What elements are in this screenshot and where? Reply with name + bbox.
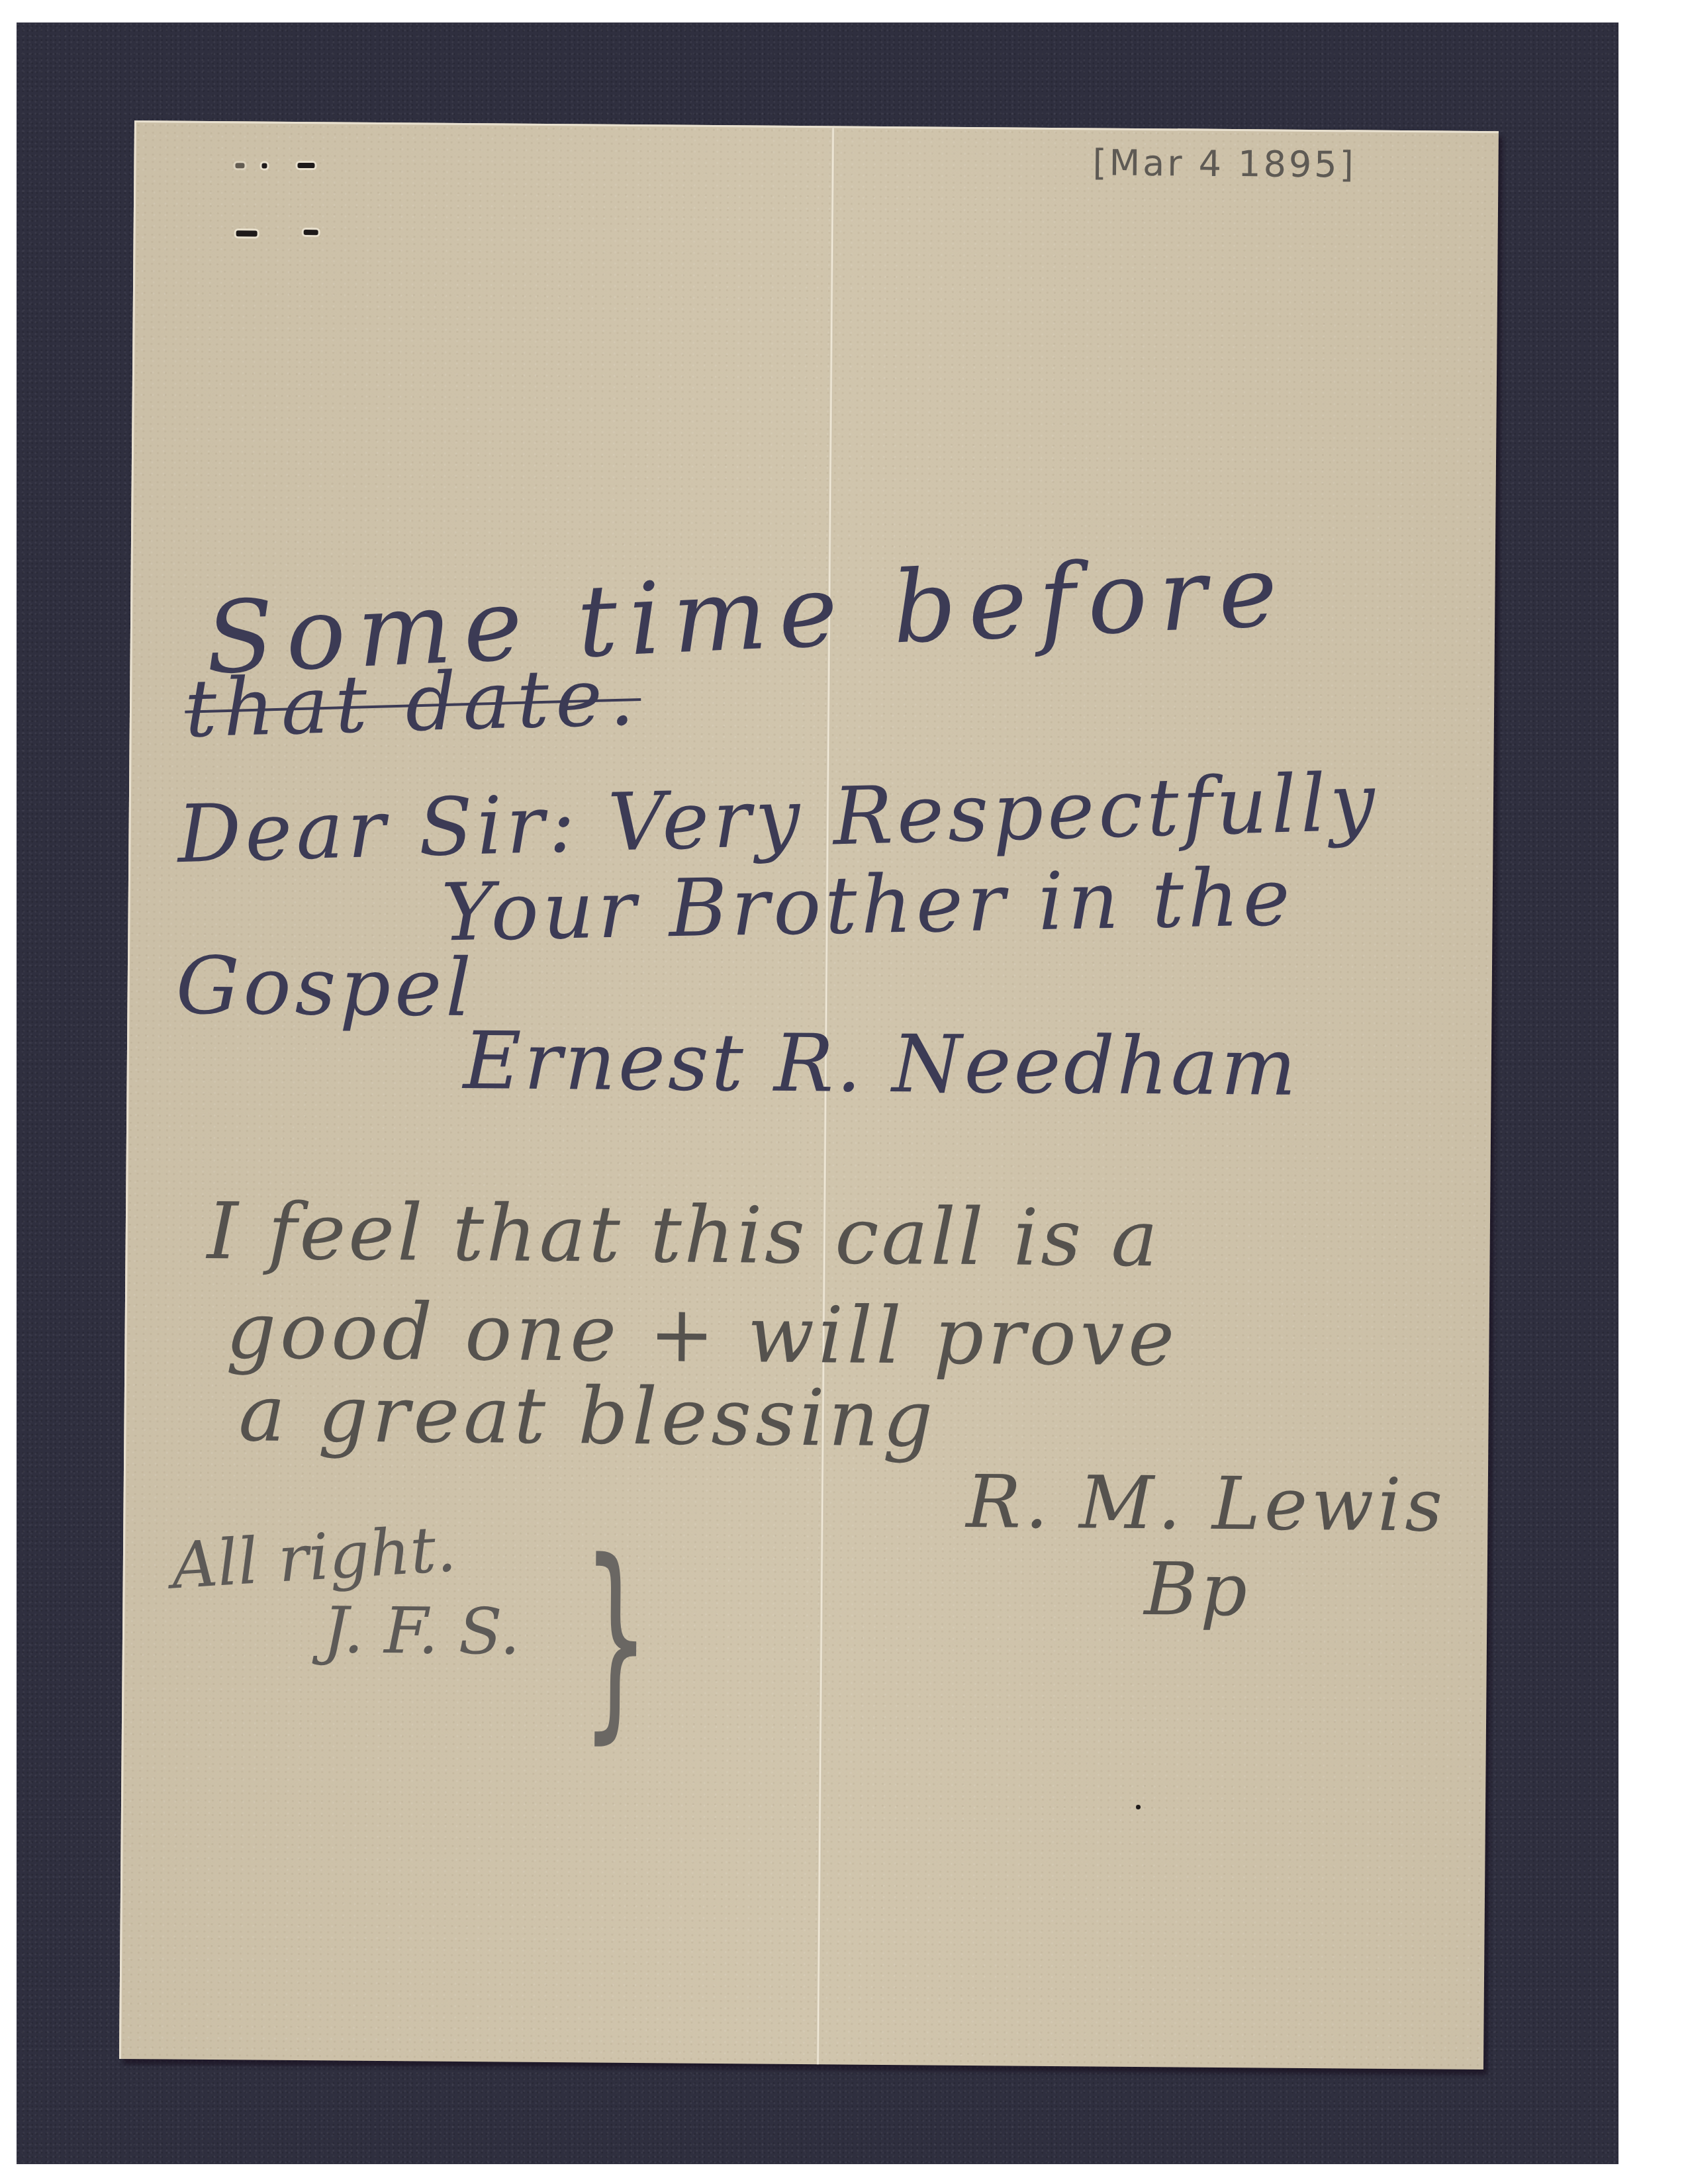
letter-closing-line: Your Brother in the bbox=[441, 852, 1295, 960]
staple-hole-mark bbox=[304, 230, 318, 235]
brace-mark: } bbox=[581, 1516, 651, 1762]
letter-signature: Ernest R. Needham bbox=[463, 1015, 1299, 1114]
approval-note: All right. bbox=[169, 1512, 458, 1603]
letter-closing-line: Gospel bbox=[175, 940, 475, 1035]
endorsement-line: a great blessing bbox=[238, 1367, 937, 1464]
endorsement-signature: R. M. Lewis bbox=[966, 1459, 1446, 1548]
endorsement-line: I feel that this call is a bbox=[207, 1185, 1160, 1284]
letter-page: [Mar 4 1895] Some time before that date.… bbox=[119, 120, 1499, 2070]
letter-line: that date. bbox=[183, 651, 642, 756]
endorsement-title: Bp bbox=[1144, 1547, 1250, 1632]
archival-date-note: [Mar 4 1895] bbox=[1092, 142, 1356, 185]
ink-dot bbox=[1136, 1805, 1141, 1809]
staple-hole-mark bbox=[236, 230, 258, 236]
staple-hole-mark bbox=[235, 163, 244, 168]
approval-initials: J. F. S. bbox=[323, 1593, 520, 1668]
staple-hole-mark bbox=[297, 163, 314, 168]
staple-hole-mark bbox=[261, 163, 267, 169]
